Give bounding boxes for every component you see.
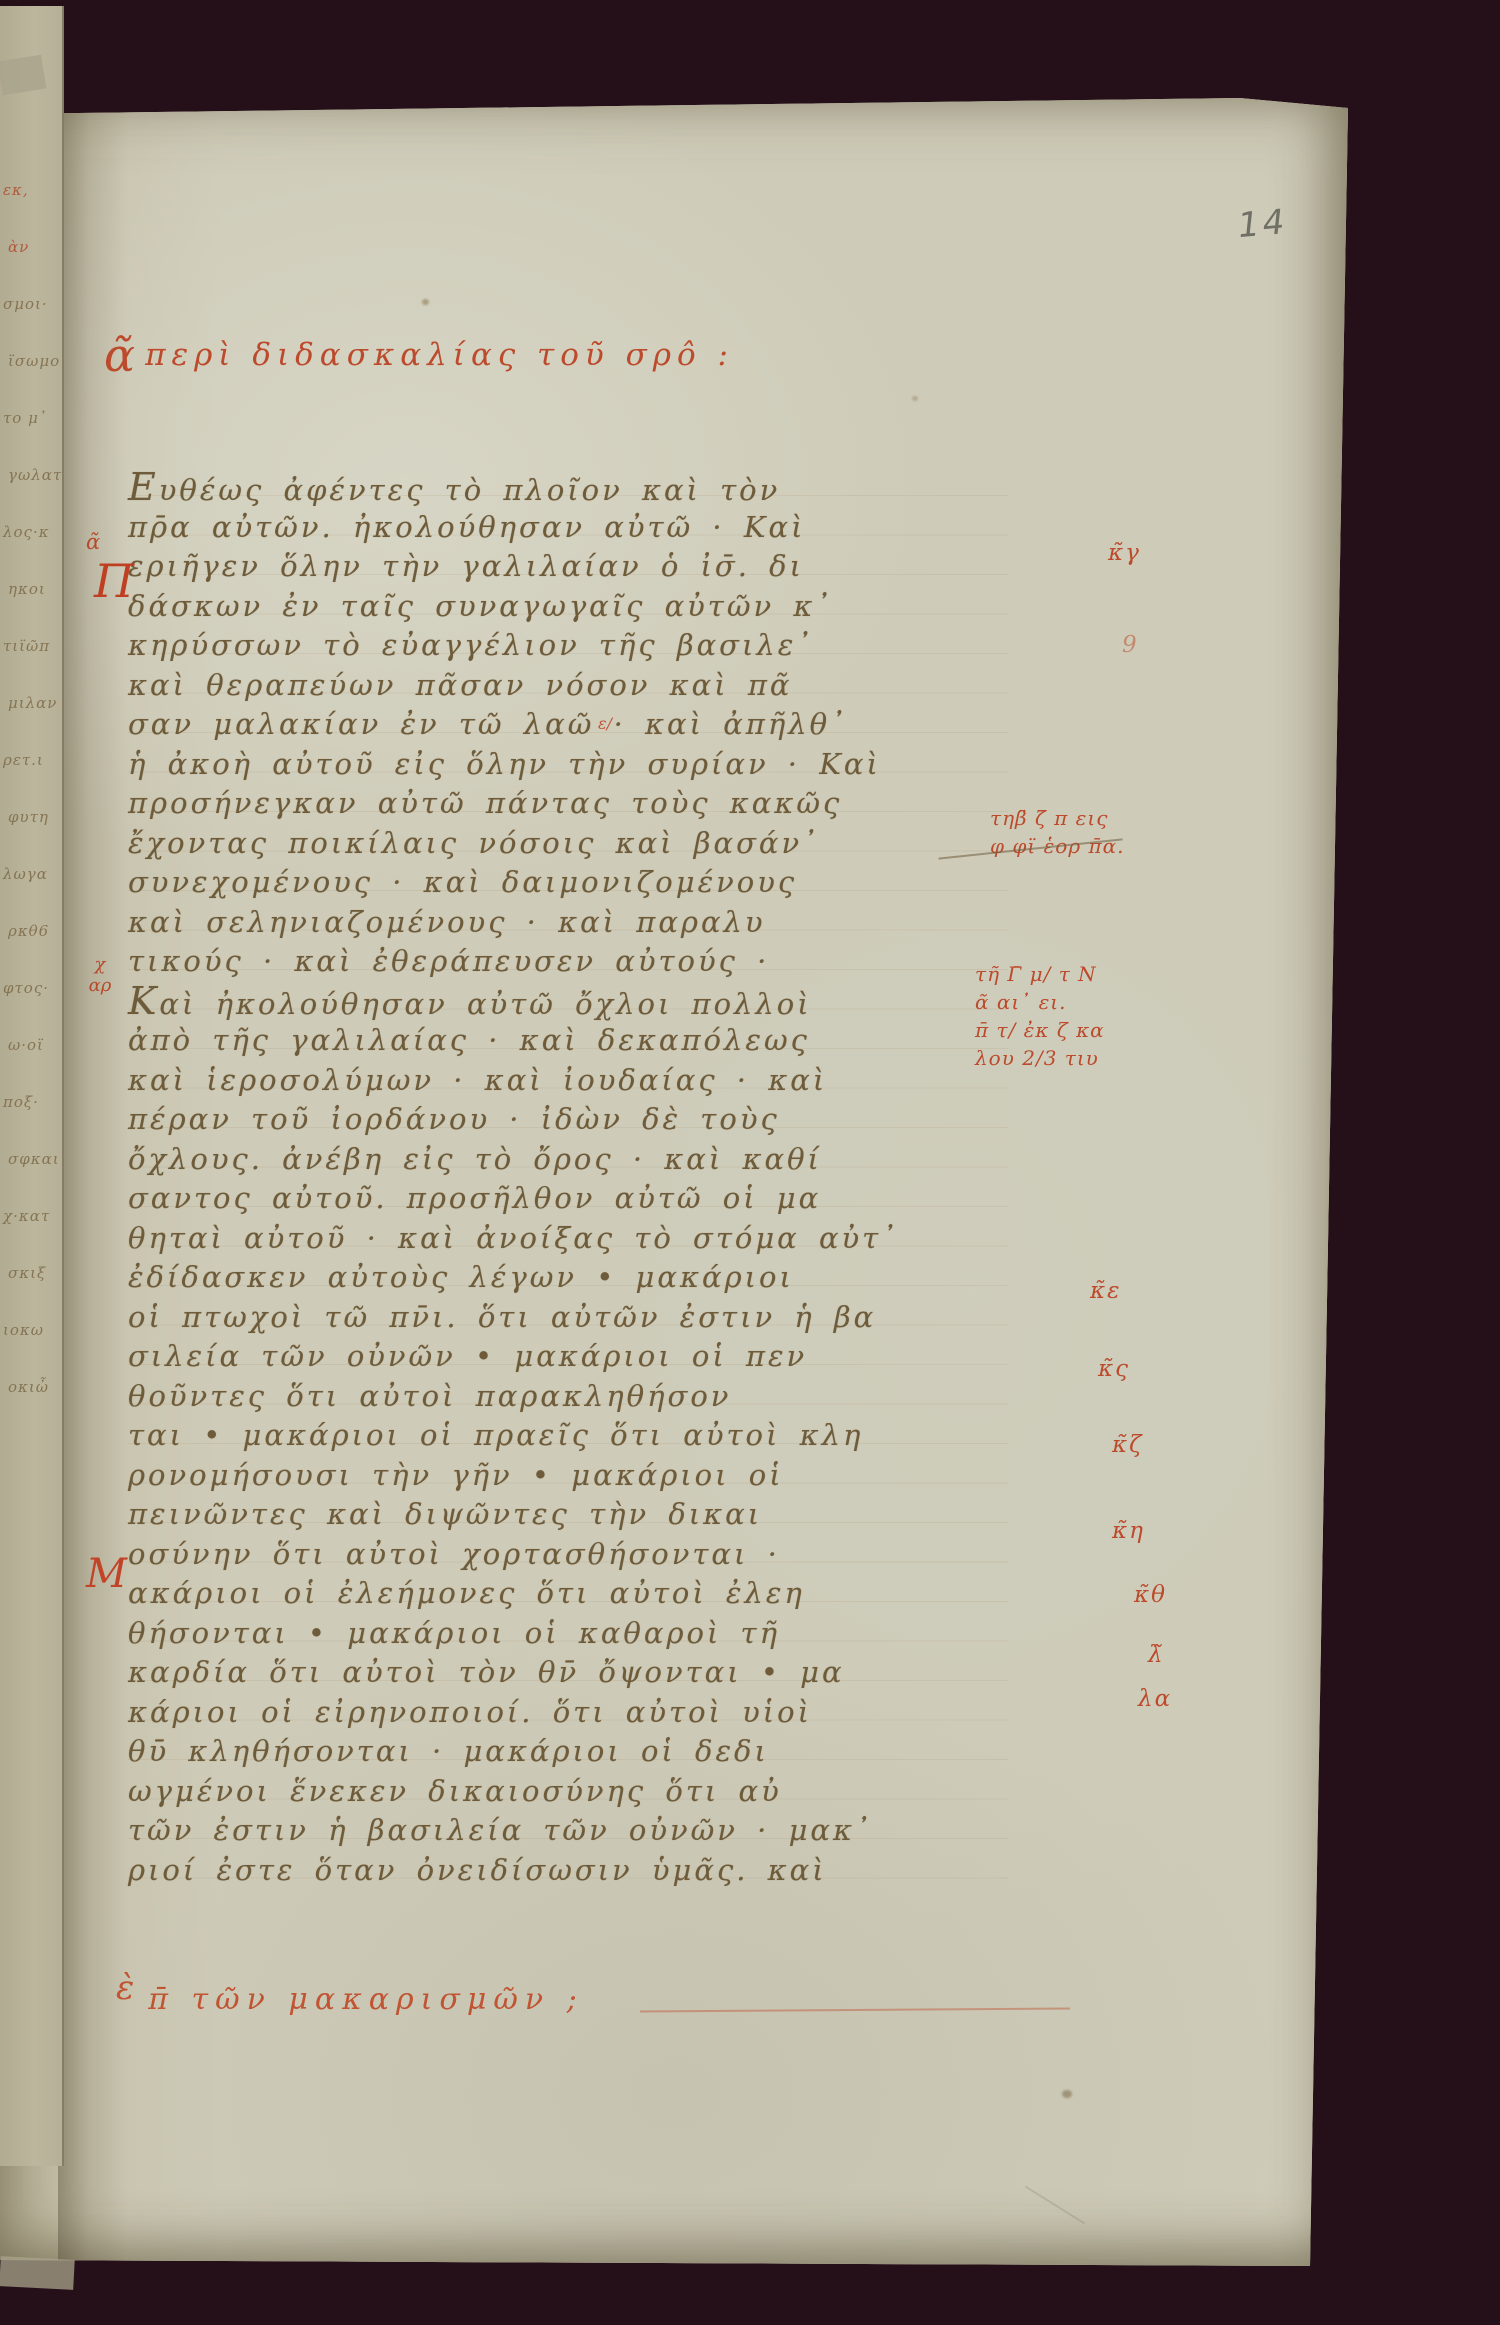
kephalaion-number: κ̃ς bbox=[1098, 1356, 1130, 1382]
text-line: Ευθέως ἀφέντες τὸ πλοῖον καὶ τὸν bbox=[128, 468, 1008, 508]
parchment-stain bbox=[1062, 2090, 1072, 2098]
text-line: σαντος αὐτοῦ. προσῆλθον αὐτῶ οἱ μα bbox=[128, 1179, 1008, 1219]
parchment-stain bbox=[912, 396, 918, 401]
page-stack-sliver bbox=[0, 55, 46, 95]
heading-rubric: ᾶπερὶ διδασκαλίας τοῦ σρο̂ : bbox=[104, 328, 734, 382]
text-line: ακάριοι οἱ ἐλεήμονες ὅτι αὐτοὶ ἐλεη bbox=[128, 1574, 1008, 1614]
edge-fragment: φτος· bbox=[3, 979, 61, 1036]
footer-red-rule bbox=[640, 2007, 1070, 2012]
photo-backdrop: 14 ᾶπερὶ διδασκαλίας τοῦ σρο̂ : Ευθέως ἀ… bbox=[0, 0, 1500, 2325]
text-line: προσήνεγκαν αὐτῶ πάντας τοὺς κακῶς bbox=[128, 784, 1008, 824]
text-line: κάριοι οἱ εἰρηνοποιοί. ὅτι αὐτοὶ υἱοὶ bbox=[128, 1693, 1008, 1733]
lection-note-line: ᾶ αι᾽ ει. bbox=[975, 988, 1105, 1016]
margin-alpha-note: ᾶ bbox=[86, 530, 100, 554]
edge-fragment: ρετ.ι bbox=[3, 751, 61, 808]
text-line: ἔχοντας ποικίλαις νόσοις καὶ βασάν᾽ bbox=[128, 824, 1008, 864]
edge-fragment: φυτη bbox=[3, 808, 61, 865]
edge-fragment: λος·κ bbox=[3, 523, 61, 580]
gutter-shadow bbox=[58, 96, 128, 2268]
text-line: πεινῶντες καὶ διψῶντες τὴν δικαι bbox=[128, 1495, 1008, 1535]
edge-fragment: λωγα bbox=[3, 865, 61, 922]
kephalaion-number: κ̃η bbox=[1112, 1518, 1145, 1544]
kephalaion-number: κ̃θ bbox=[1134, 1582, 1167, 1608]
surface-scratch bbox=[1025, 2186, 1085, 2225]
edge-fragment: ω·οϊ bbox=[3, 1036, 61, 1093]
page-stack-sliver bbox=[0, 2256, 75, 2290]
edge-fragment: χ·κατ bbox=[3, 1207, 61, 1264]
edge-fragment: γωλατ bbox=[3, 466, 61, 523]
text-line: πέραν τοῦ ἰορδάνου · ἰδὼν δὲ τοὺς bbox=[128, 1100, 1008, 1140]
lection-start-marker: χαρ bbox=[78, 954, 122, 996]
text-line: δάσκων ἐν ταῖς συναγωγαῖς αὐτῶν κ᾽ bbox=[128, 587, 1008, 627]
edge-fragment: τιϊῶπ bbox=[3, 637, 61, 694]
edge-fragment: ποξ· bbox=[3, 1093, 61, 1150]
text-line: τικούς · καὶ ἐθεράπευσεν αὐτούς · bbox=[128, 942, 1008, 982]
lection-note-2: τῆ Γ̄ μ/ τ Ν ᾶ αι᾽ ει. π̄ τ/ ἐκ ζ κα λου… bbox=[975, 960, 1105, 1072]
edge-fragment: ηκοι bbox=[3, 580, 61, 637]
heading-text: περὶ διδασκαλίας τοῦ σρο̂ : bbox=[145, 337, 734, 373]
text-line: οσύνην ὅτι αὐτοὶ χορτασθήσονται · bbox=[128, 1535, 1008, 1575]
edge-fragment: ιοκω bbox=[3, 1321, 61, 1378]
surface-scratch bbox=[563, 2263, 767, 2316]
rubric-initial-mu: M bbox=[86, 1554, 127, 1594]
text-line: ἀπὸ τῆς γαλιλαίας · καὶ δεκαπόλεως bbox=[128, 1021, 1008, 1061]
text-line: ἡ ἀκοὴ αὐτοῦ εἰς ὅλην τὴν συρίαν · Καὶ bbox=[128, 745, 1008, 785]
footer-text: π̄ τῶν μακαρισμῶν ; bbox=[148, 1982, 584, 2017]
parchment-page: 14 ᾶπερὶ διδασκαλίας τοῦ σρο̂ : Ευθέως ἀ… bbox=[0, 96, 1352, 2268]
heading-initial: ᾶ bbox=[104, 328, 135, 382]
text-line: κηρύσσων τὸ εὐαγγέλιον τῆς βασιλε᾽ bbox=[128, 626, 1008, 666]
edge-fragment: εκ, bbox=[3, 181, 61, 238]
edge-fragment: σφκαι bbox=[3, 1150, 61, 1207]
text-line: θῡ κληθήσονται · μακάριοι οἱ δεδι bbox=[128, 1732, 1008, 1772]
folio-number: 14 bbox=[1236, 202, 1289, 246]
edge-fragment: ρκθ6 bbox=[3, 922, 61, 979]
binding-edge: εκ, ὰν σμοι· ϊσωμο το μ῾ γωλατ λος·κ ηκο… bbox=[0, 6, 64, 2166]
interlinear-red-note: ε/ bbox=[598, 714, 612, 733]
text-line: καὶ σεληνιαζομένους · καὶ παραλυ bbox=[128, 903, 1008, 943]
text-line: ριοί ἐστε ὅταν ὀνειδίσωσιν ὑμᾶς. καὶ bbox=[128, 1851, 1008, 1891]
edge-fragment: το μ῾ bbox=[3, 409, 61, 466]
text-line: τῶν ἐστιν ἡ βασιλεία τῶν οὐνῶν · μακ᾽ bbox=[128, 1811, 1008, 1851]
text-line: οἱ πτωχοὶ τῶ πν̄ι. ὅτι αὐτῶν ἐστιν ἡ βα bbox=[128, 1298, 1008, 1338]
edge-fragment: οκιὦ bbox=[3, 1378, 61, 1435]
rubric-initial-pi: Π bbox=[94, 558, 134, 604]
kephalaion-number: λα bbox=[1138, 1686, 1172, 1712]
text-line: θήσονται • μακάριοι οἱ καθαροὶ τῆ bbox=[128, 1614, 1008, 1654]
kephalaion-number: λ̃ bbox=[1148, 1642, 1165, 1668]
edge-fragment: ὰν bbox=[3, 238, 61, 295]
kephalaion-number: κ̃γ bbox=[1108, 540, 1141, 566]
text-line: συνεχομένους · καὶ δαιμονιζομένους bbox=[128, 863, 1008, 903]
edge-fragment: ϊσωμο bbox=[3, 352, 61, 409]
main-text-block: Ευθέως ἀφέντες τὸ πλοῖον καὶ τὸν πρ̄α αὐ… bbox=[128, 468, 1008, 1890]
text-line: πρ̄α αὐτῶν. ἠκολούθησαν αὐτῶ · Καὶ bbox=[128, 508, 1008, 548]
lection-note-line: τηβ̈ ζ̄ π εις bbox=[990, 804, 1124, 832]
lection-note-line: λου 2/3 τιυ bbox=[975, 1044, 1105, 1072]
text-line: θοῦντες ὅτι αὐτοὶ παρακληθήσον bbox=[128, 1377, 1008, 1417]
kephalaion-number: κ̃ζ bbox=[1112, 1432, 1144, 1458]
edge-marginalia: εκ, ὰν σμοι· ϊσωμο το μ῾ γωλατ λος·κ ηκο… bbox=[3, 181, 61, 1435]
text-line: ἐδίδασκεν αὐτοὺς λέγων • μακάριοι bbox=[128, 1258, 1008, 1298]
text-line: σιλεία τῶν οὐνῶν • μακάριοι οἱ πεν bbox=[128, 1337, 1008, 1377]
footer-rubric: ὲπ̄ τῶν μακαρισμῶν ; bbox=[116, 1968, 584, 2017]
text-line: ται • μακάριοι οἱ πραεῖς ὅτι αὐτοὶ κλη bbox=[128, 1416, 1008, 1456]
text-line: Καὶ ἠκολούθησαν αὐτῶ ὄχλοι πολλοὶ bbox=[128, 982, 1008, 1022]
text-line: ὄχλους. ἀνέβη εἰς τὸ ὄρος · καὶ καθί bbox=[128, 1140, 1008, 1180]
parchment-stain bbox=[422, 299, 429, 305]
text-line: καὶ θεραπεύων πᾶσαν νόσον καὶ πᾶ bbox=[128, 666, 1008, 706]
footer-initial: ὲ bbox=[116, 1968, 134, 2008]
edge-fragment: σμοι· bbox=[3, 295, 61, 352]
edge-fragment: σκιξ bbox=[3, 1264, 61, 1321]
text-line: θηταὶ αὐτοῦ · καὶ ἀνοίξας τὸ στόμα αὐτ᾽ bbox=[128, 1219, 1008, 1259]
edge-fragment: μιλαν bbox=[3, 694, 61, 751]
lection-note-line: τῆ Γ̄ μ/ τ Ν bbox=[975, 960, 1105, 988]
parchment-stain bbox=[260, 2272, 268, 2279]
text-line: καὶ ἱεροσολύμων · καὶ ἰουδαίας · καὶ bbox=[128, 1061, 1008, 1101]
arche-bottom: αρ bbox=[89, 975, 112, 996]
arche-top: χ bbox=[95, 954, 106, 975]
text-line: καρδία ὅτι αὐτοὶ τὸν θν̄ ὄψονται • μα bbox=[128, 1653, 1008, 1693]
lection-note-line: π̄ τ/ ἐκ ζ κα bbox=[975, 1016, 1105, 1044]
kephalaion-number: 9 bbox=[1122, 632, 1139, 658]
text-line: σαν μαλακίαν ἐν τῶ λαῶ · καὶ ἀπῆλθ᾽ bbox=[128, 705, 1008, 745]
text-line: ωγμένοι ἕνεκεν δικαιοσύνης ὅτι αὐ bbox=[128, 1772, 1008, 1812]
kephalaion-number: κ̃ε bbox=[1090, 1278, 1121, 1304]
text-line: ρονομήσουσι τὴν γῆν • μακάριοι οἱ bbox=[128, 1456, 1008, 1496]
text-line: εριῆγεν ὅλην τὴν γαλιλαίαν ὁ ἰσ̄. δι bbox=[128, 547, 1008, 587]
